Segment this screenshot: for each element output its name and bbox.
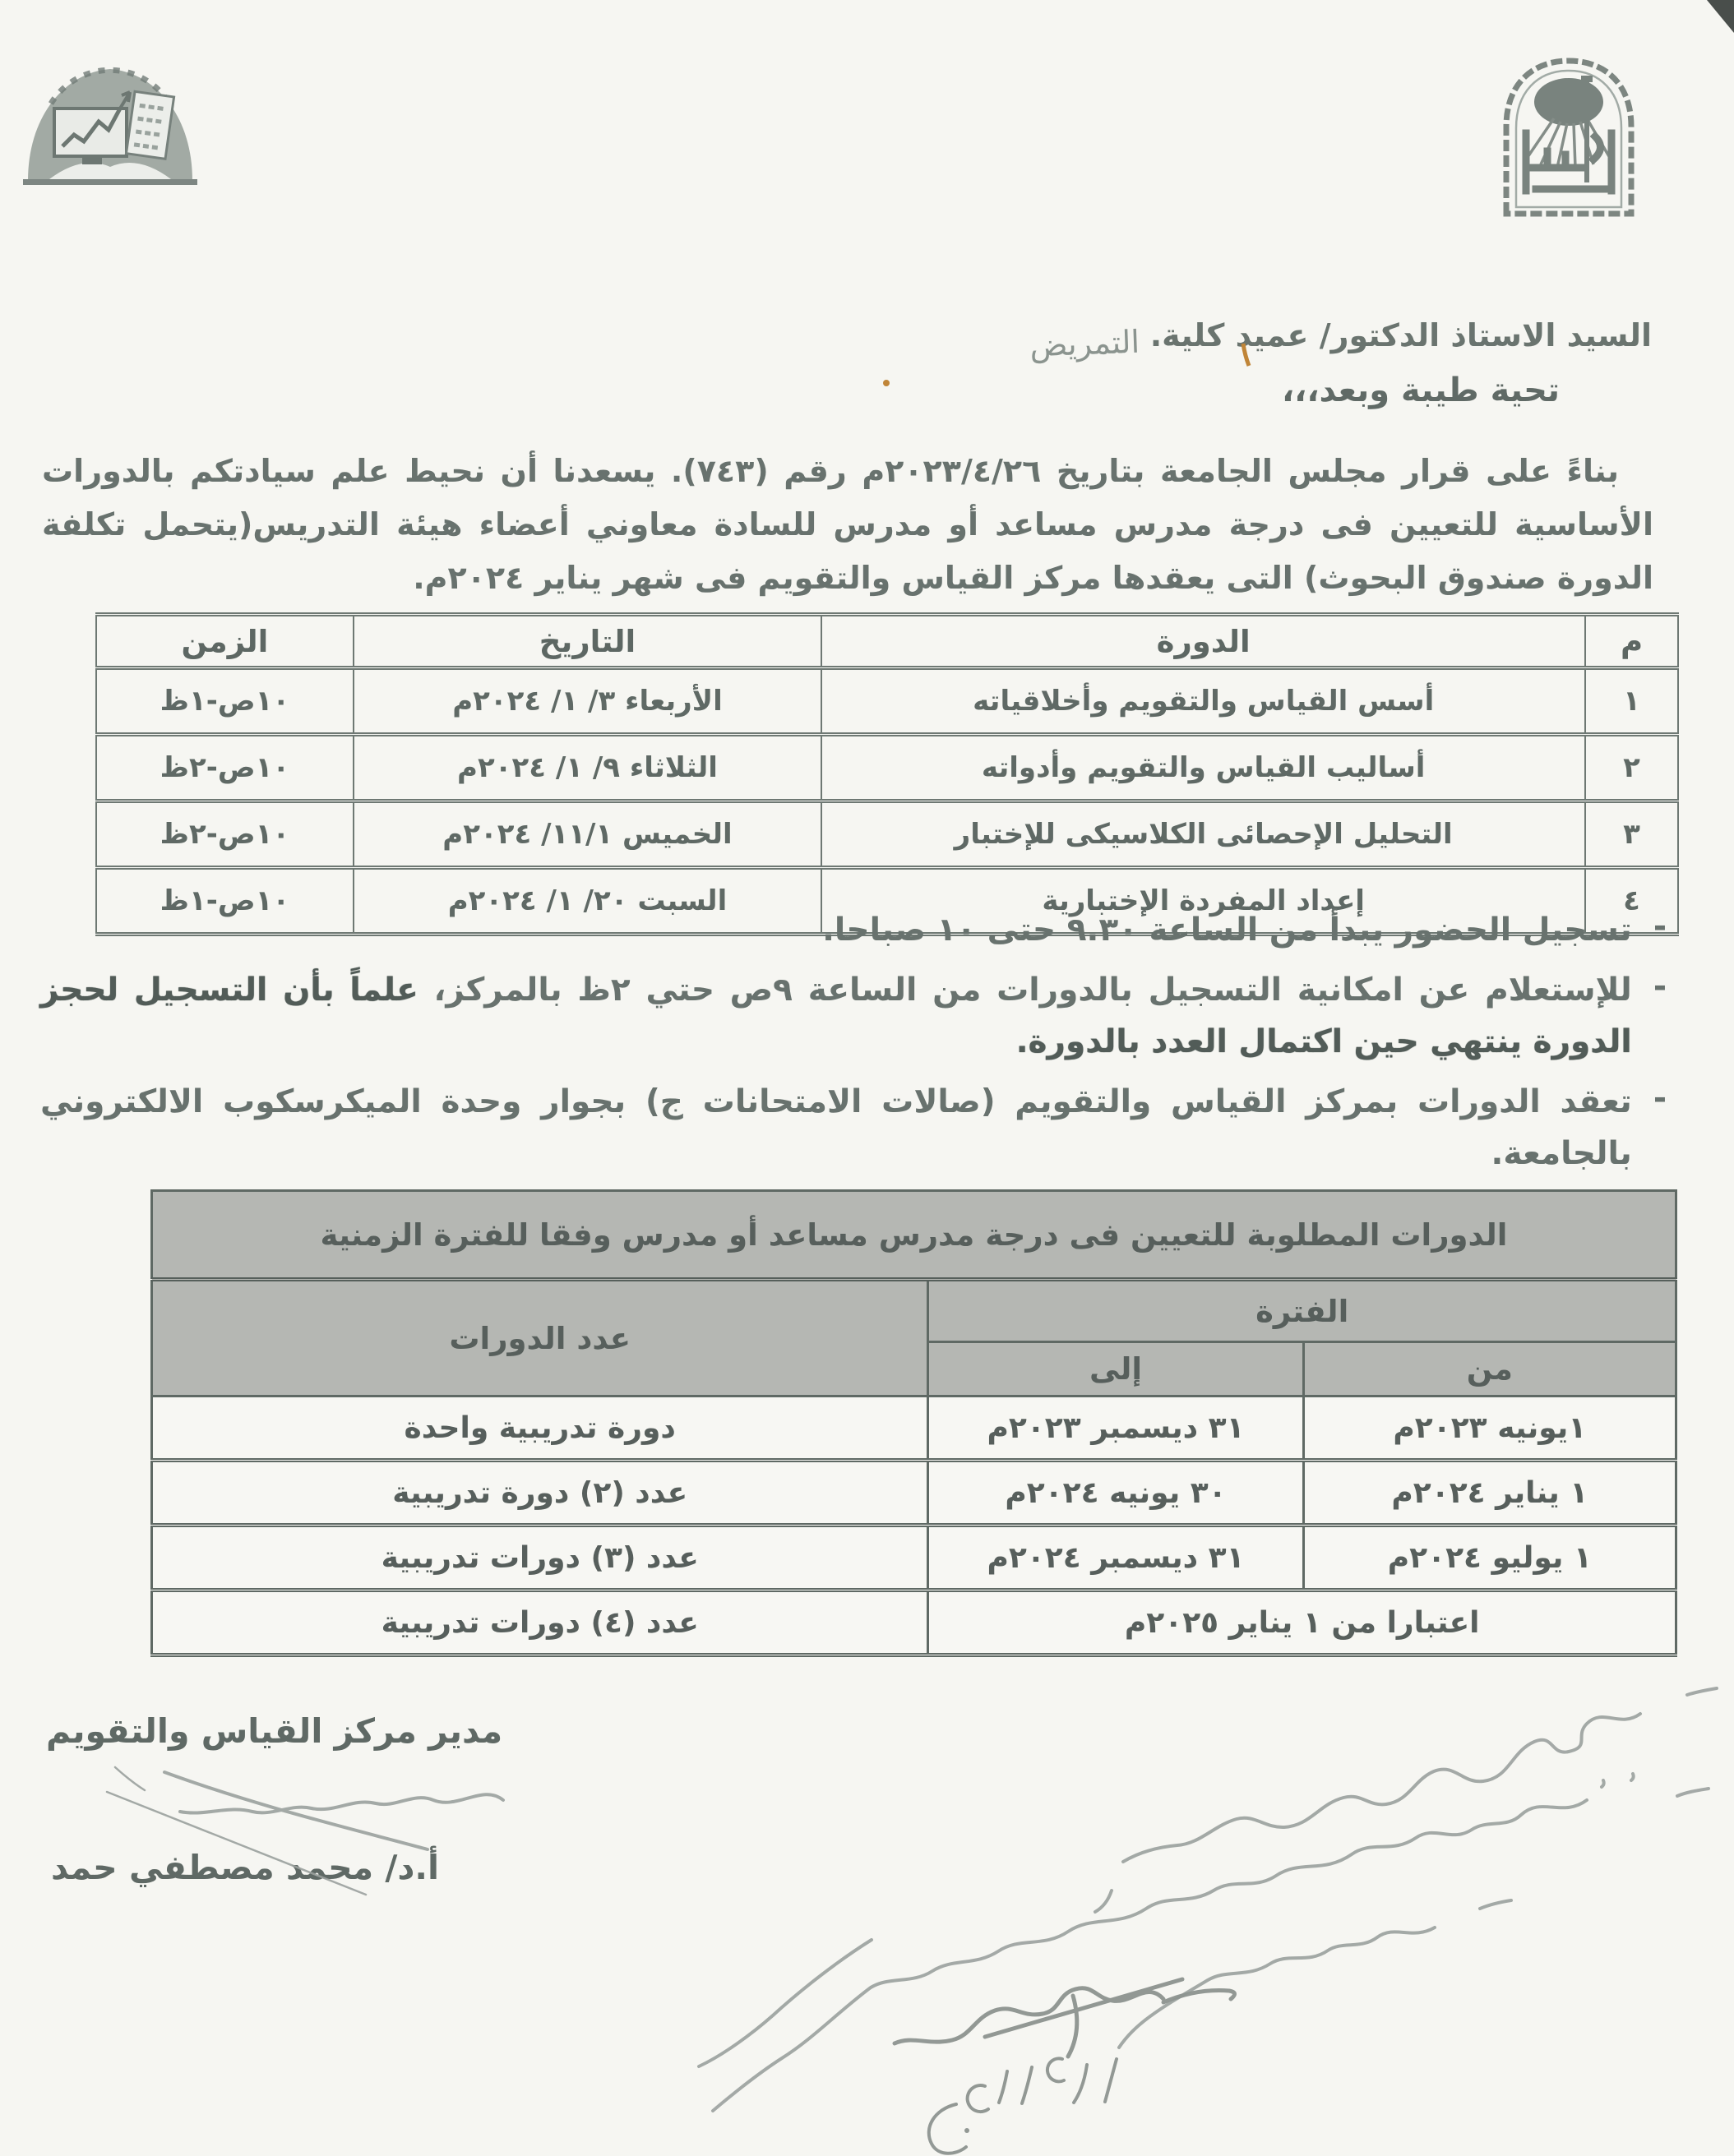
note-text: تسجيل الحضور يبدأ من الساعة ٩.٣٠ حتى ١٠ … — [822, 912, 1632, 949]
periods-table-title: الدورات المطلوبة للتعيين فى درجة مدرس مس… — [152, 1191, 1676, 1280]
cell-to: ٣١ ديسمبر ٢٠٢٤م — [928, 1526, 1303, 1590]
list-item: - للإستعلام عن امكانية التسجيل بالدورات … — [40, 964, 1667, 1068]
handwritten-note-1 — [1095, 1891, 1112, 1912]
table-row: ١ أسس القياس والتقويم وأخلاقياته الأربعا… — [96, 668, 1678, 735]
handwritten-signature — [1068, 1996, 1077, 2057]
cell-course: أساليب القياس والتقويم وأدواته — [821, 735, 1585, 801]
cell-date: الثلاثاء ٩/ ١/ ٢٠٢٤م — [354, 735, 821, 801]
cell-count: عدد (٣) دورات تدريبية — [152, 1526, 928, 1590]
list-item: - تسجيل الحضور يبدأ من الساعة ٩.٣٠ حتى ١… — [40, 904, 1667, 956]
salutation: تحية طيبة وبعد،،، — [1282, 372, 1560, 409]
handwritten-note-3 — [1119, 1927, 1435, 2048]
handwritten-note-1 — [1687, 1688, 1717, 1695]
cell-from: ١ يناير ٢٠٢٤م — [1303, 1461, 1676, 1526]
signature-title: مدير مركز القياس والتقويم — [46, 1711, 502, 1751]
notes-list: - تسجيل الحضور يبدأ من الساعة ٩.٣٠ حتى ١… — [40, 904, 1667, 1188]
measurement-center-logo — [23, 58, 197, 191]
note-text: تعقد الدورات بمركز القياس والتقويم (صالا… — [40, 1083, 1632, 1172]
handwritten-note-1 — [1123, 1714, 1640, 1862]
cell-no: ٣ — [1585, 801, 1678, 868]
courses-table: م الدورة التاريخ الزمن ١ أسس القياس والت… — [95, 612, 1679, 936]
handwritten-date — [964, 2128, 969, 2133]
university-logo — [1490, 51, 1648, 217]
column-header-date: التاريخ — [354, 615, 821, 668]
recipient-printed: السيد الاستاذ الدكتور/ عميد كلية. — [1150, 317, 1652, 353]
handwritten-signature — [985, 1979, 1182, 2037]
monitor-stand — [82, 156, 102, 164]
column-header-period: الفترة — [928, 1280, 1676, 1342]
cell-count: عدد (٢) دورة تدريبية — [152, 1461, 928, 1526]
handwritten-note-2 — [699, 1940, 872, 2066]
handwritten-note-over-signature — [180, 1794, 503, 1812]
table-row: ١ يناير ٢٠٢٤م ٣٠ يونيه ٢٠٢٤م عدد (٢) دور… — [152, 1461, 1676, 1526]
dash-marker: - — [1653, 901, 1667, 953]
handwritten-note-3 — [1480, 1900, 1511, 1909]
periods-header-row: الفترة عدد الدورات — [152, 1280, 1676, 1342]
cell-count: عدد (٤) دورات تدريبية — [152, 1590, 928, 1655]
handwritten-signature — [1163, 1991, 1235, 2002]
pole-capital — [1581, 76, 1593, 82]
scan-corner-mark — [1707, 0, 1734, 33]
list-item: - تعقد الدورات بمركز القياس والتقويم (صا… — [40, 1076, 1667, 1180]
cell-date: الخميس ١١/١/ ٢٠٢٤م — [354, 801, 821, 868]
handwritten-date — [929, 2104, 966, 2154]
cell-no: ٢ — [1585, 735, 1678, 801]
dash-marker: - — [1653, 1073, 1667, 1176]
cell-date: الأربعاء ٣/ ١/ ٢٠٢٤م — [354, 668, 821, 735]
cell-to: ٣٠ يونيه ٢٠٢٤م — [928, 1461, 1303, 1526]
periods-title-row: الدورات المطلوبة للتعيين فى درجة مدرس مس… — [152, 1191, 1676, 1280]
handwritten-college-name: التمريض — [1029, 324, 1140, 364]
scanned-letter-page: السيد الاستاذ الدكتور/ عميد كلية. التمري… — [0, 0, 1734, 2156]
table-row: اعتبارا من ١ يناير ٢٠٢٥م عدد (٤) دورات ت… — [152, 1590, 1676, 1655]
column-header-from: من — [1303, 1342, 1676, 1397]
table-row: ٣ التحليل الإحصائى الكلاسيكى للإختبار ال… — [96, 801, 1678, 868]
cell-to: ٣١ ديسمبر ٢٠٢٣م — [928, 1397, 1303, 1461]
sun-icon — [1534, 78, 1603, 126]
cell-from-merged: اعتبارا من ١ يناير ٢٠٢٥م — [928, 1590, 1676, 1655]
handwritten-date — [968, 2058, 1117, 2112]
cell-time: ١٠ص-١ظ — [96, 668, 354, 735]
orange-dot-mark — [883, 380, 890, 386]
cell-count: دورة تدريبية واحدة — [152, 1397, 928, 1461]
cell-course: التحليل الإحصائى الكلاسيكى للإختبار — [821, 801, 1585, 868]
handwritten-note-over-signature — [164, 1772, 428, 1849]
handwritten-signature — [895, 1988, 1163, 2043]
handwritten-note-2 — [713, 1800, 1587, 2111]
cell-no: ١ — [1585, 668, 1678, 735]
periods-table: الدورات المطلوبة للتعيين فى درجة مدرس مس… — [150, 1189, 1677, 1657]
cell-time: ١٠ص-٢ظ — [96, 735, 354, 801]
note-text: للإستعلام عن امكانية التسجيل بالدورات من… — [418, 972, 1632, 1009]
table-row: ١يونيه ٢٠٢٣م ٣١ ديسمبر ٢٠٢٣م دورة تدريبي… — [152, 1397, 1676, 1461]
column-header-count: عدد الدورات — [152, 1280, 928, 1397]
table-row: ١ يوليو ٢٠٢٤م ٣١ ديسمبر ٢٠٢٤م عدد (٣) دو… — [152, 1526, 1676, 1590]
handwritten-note-2 — [1602, 1774, 1634, 1787]
handwritten-note-2 — [1677, 1789, 1709, 1796]
letter-body: بناءً على قرار مجلس الجامعة بتاريخ ٢٠٢٣/… — [42, 445, 1653, 605]
column-header-course: الدورة — [821, 615, 1585, 668]
document-icon — [126, 91, 173, 159]
column-header-time: الزمن — [96, 615, 354, 668]
column-header-no: م — [1585, 615, 1678, 668]
logo-baseline — [23, 179, 197, 185]
recipient-line: السيد الاستاذ الدكتور/ عميد كلية. التمري… — [1029, 317, 1652, 353]
cell-from: ١يونيه ٢٠٢٣م — [1303, 1397, 1676, 1461]
dash-marker: - — [1653, 961, 1667, 1064]
cell-time: ١٠ص-٢ظ — [96, 801, 354, 868]
table-row: ٢ أساليب القياس والتقويم وأدواته الثلاثا… — [96, 735, 1678, 801]
cell-from: ١ يوليو ٢٠٢٤م — [1303, 1526, 1676, 1590]
signature-name: أ.د/ محمد مصطفي حمد — [51, 1848, 439, 1887]
column-header-to: إلى — [928, 1342, 1303, 1397]
cell-course: أسس القياس والتقويم وأخلاقياته — [821, 668, 1585, 735]
courses-header-row: م الدورة التاريخ الزمن — [96, 615, 1678, 668]
